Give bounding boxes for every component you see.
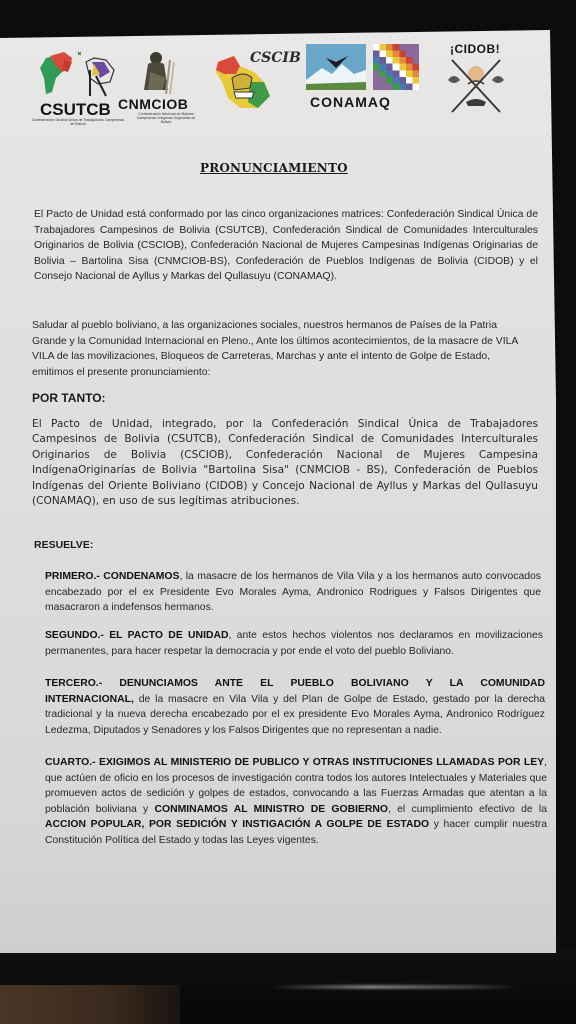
page-title: PRONUNCIAMIENTO <box>200 161 348 175</box>
resolution-tercero: TERCERO.- DENUNCIAMOS ANTE EL PUEBLO BOL… <box>45 676 545 738</box>
wiphala-flag-icon <box>372 44 420 90</box>
logo-subtitle: Confederación Sindical Única de Trabajad… <box>30 118 126 126</box>
resuelve-heading: RESUELVE: <box>34 539 93 551</box>
resolution-cuarto: CUARTO.- EXIGIMOS AL MINISTERIO DE PUBLI… <box>45 755 547 848</box>
por-tanto-heading: POR TANTO: <box>32 391 106 405</box>
resolution-primero: PRIMERO.- CONDENAMOS, la masacre de los … <box>45 569 541 616</box>
resolution-text: , el cumplimiento efectivo de la <box>388 804 547 815</box>
logo-name: CSUTCB <box>40 100 111 120</box>
crossed-arrows-emblem-icon <box>444 54 508 118</box>
logo-subtitle: Confederación Nacional de Mujeres Campes… <box>134 112 198 124</box>
greeting-paragraph: Saludar al pueblo boliviano, a las organ… <box>32 318 532 380</box>
logo-name: CNMCIOB <box>118 96 188 112</box>
resolution-segundo: SEGUNDO.- EL PACTO DE UNIDAD, ante estos… <box>45 628 543 659</box>
logo-cscib: CSCIB <box>210 48 300 118</box>
table-surface <box>0 985 180 1024</box>
logo-cnmciob: CNMCIOB Confederación Nacional de Mujere… <box>116 50 206 130</box>
logo-name: CSCIB <box>250 50 301 66</box>
logo-conamaq: CONAMAQ <box>306 44 430 124</box>
logo-header: CSUTCB Confederación Sindical Única de T… <box>0 30 556 130</box>
resolution-emphasis: ACCION POPULAR, POR SEDICIÓN Y INSTIGACI… <box>45 819 429 830</box>
printed-document-page: CSUTCB Confederación Sindical Única de T… <box>0 30 556 953</box>
logo-cidob: ¡CIDOB! <box>444 40 514 120</box>
resolution-lead: PRIMERO.- CONDENAMOS <box>45 571 179 582</box>
intro-paragraph: El Pacto de Unidad está conformado por l… <box>34 207 538 285</box>
light-reflection <box>270 985 520 989</box>
resolution-lead: CUARTO.- EXIGIMOS AL MINISTERIO DE PUBLI… <box>45 757 544 768</box>
logo-name: CONAMAQ <box>310 94 391 110</box>
condor-mountain-icon <box>306 44 366 90</box>
resolution-emphasis: CONMINAMOS AL MINISTRO DE GOBIERNO <box>155 804 388 815</box>
por-tanto-paragraph: El Pacto de Unidad, integrado, por la Co… <box>32 417 538 509</box>
south-america-map-icon <box>34 48 124 100</box>
woman-weaver-icon <box>136 50 186 96</box>
resolution-lead: SEGUNDO.- EL PACTO DE UNIDAD <box>45 630 228 641</box>
logo-csutcb: CSUTCB Confederación Sindical Única de T… <box>30 48 130 128</box>
